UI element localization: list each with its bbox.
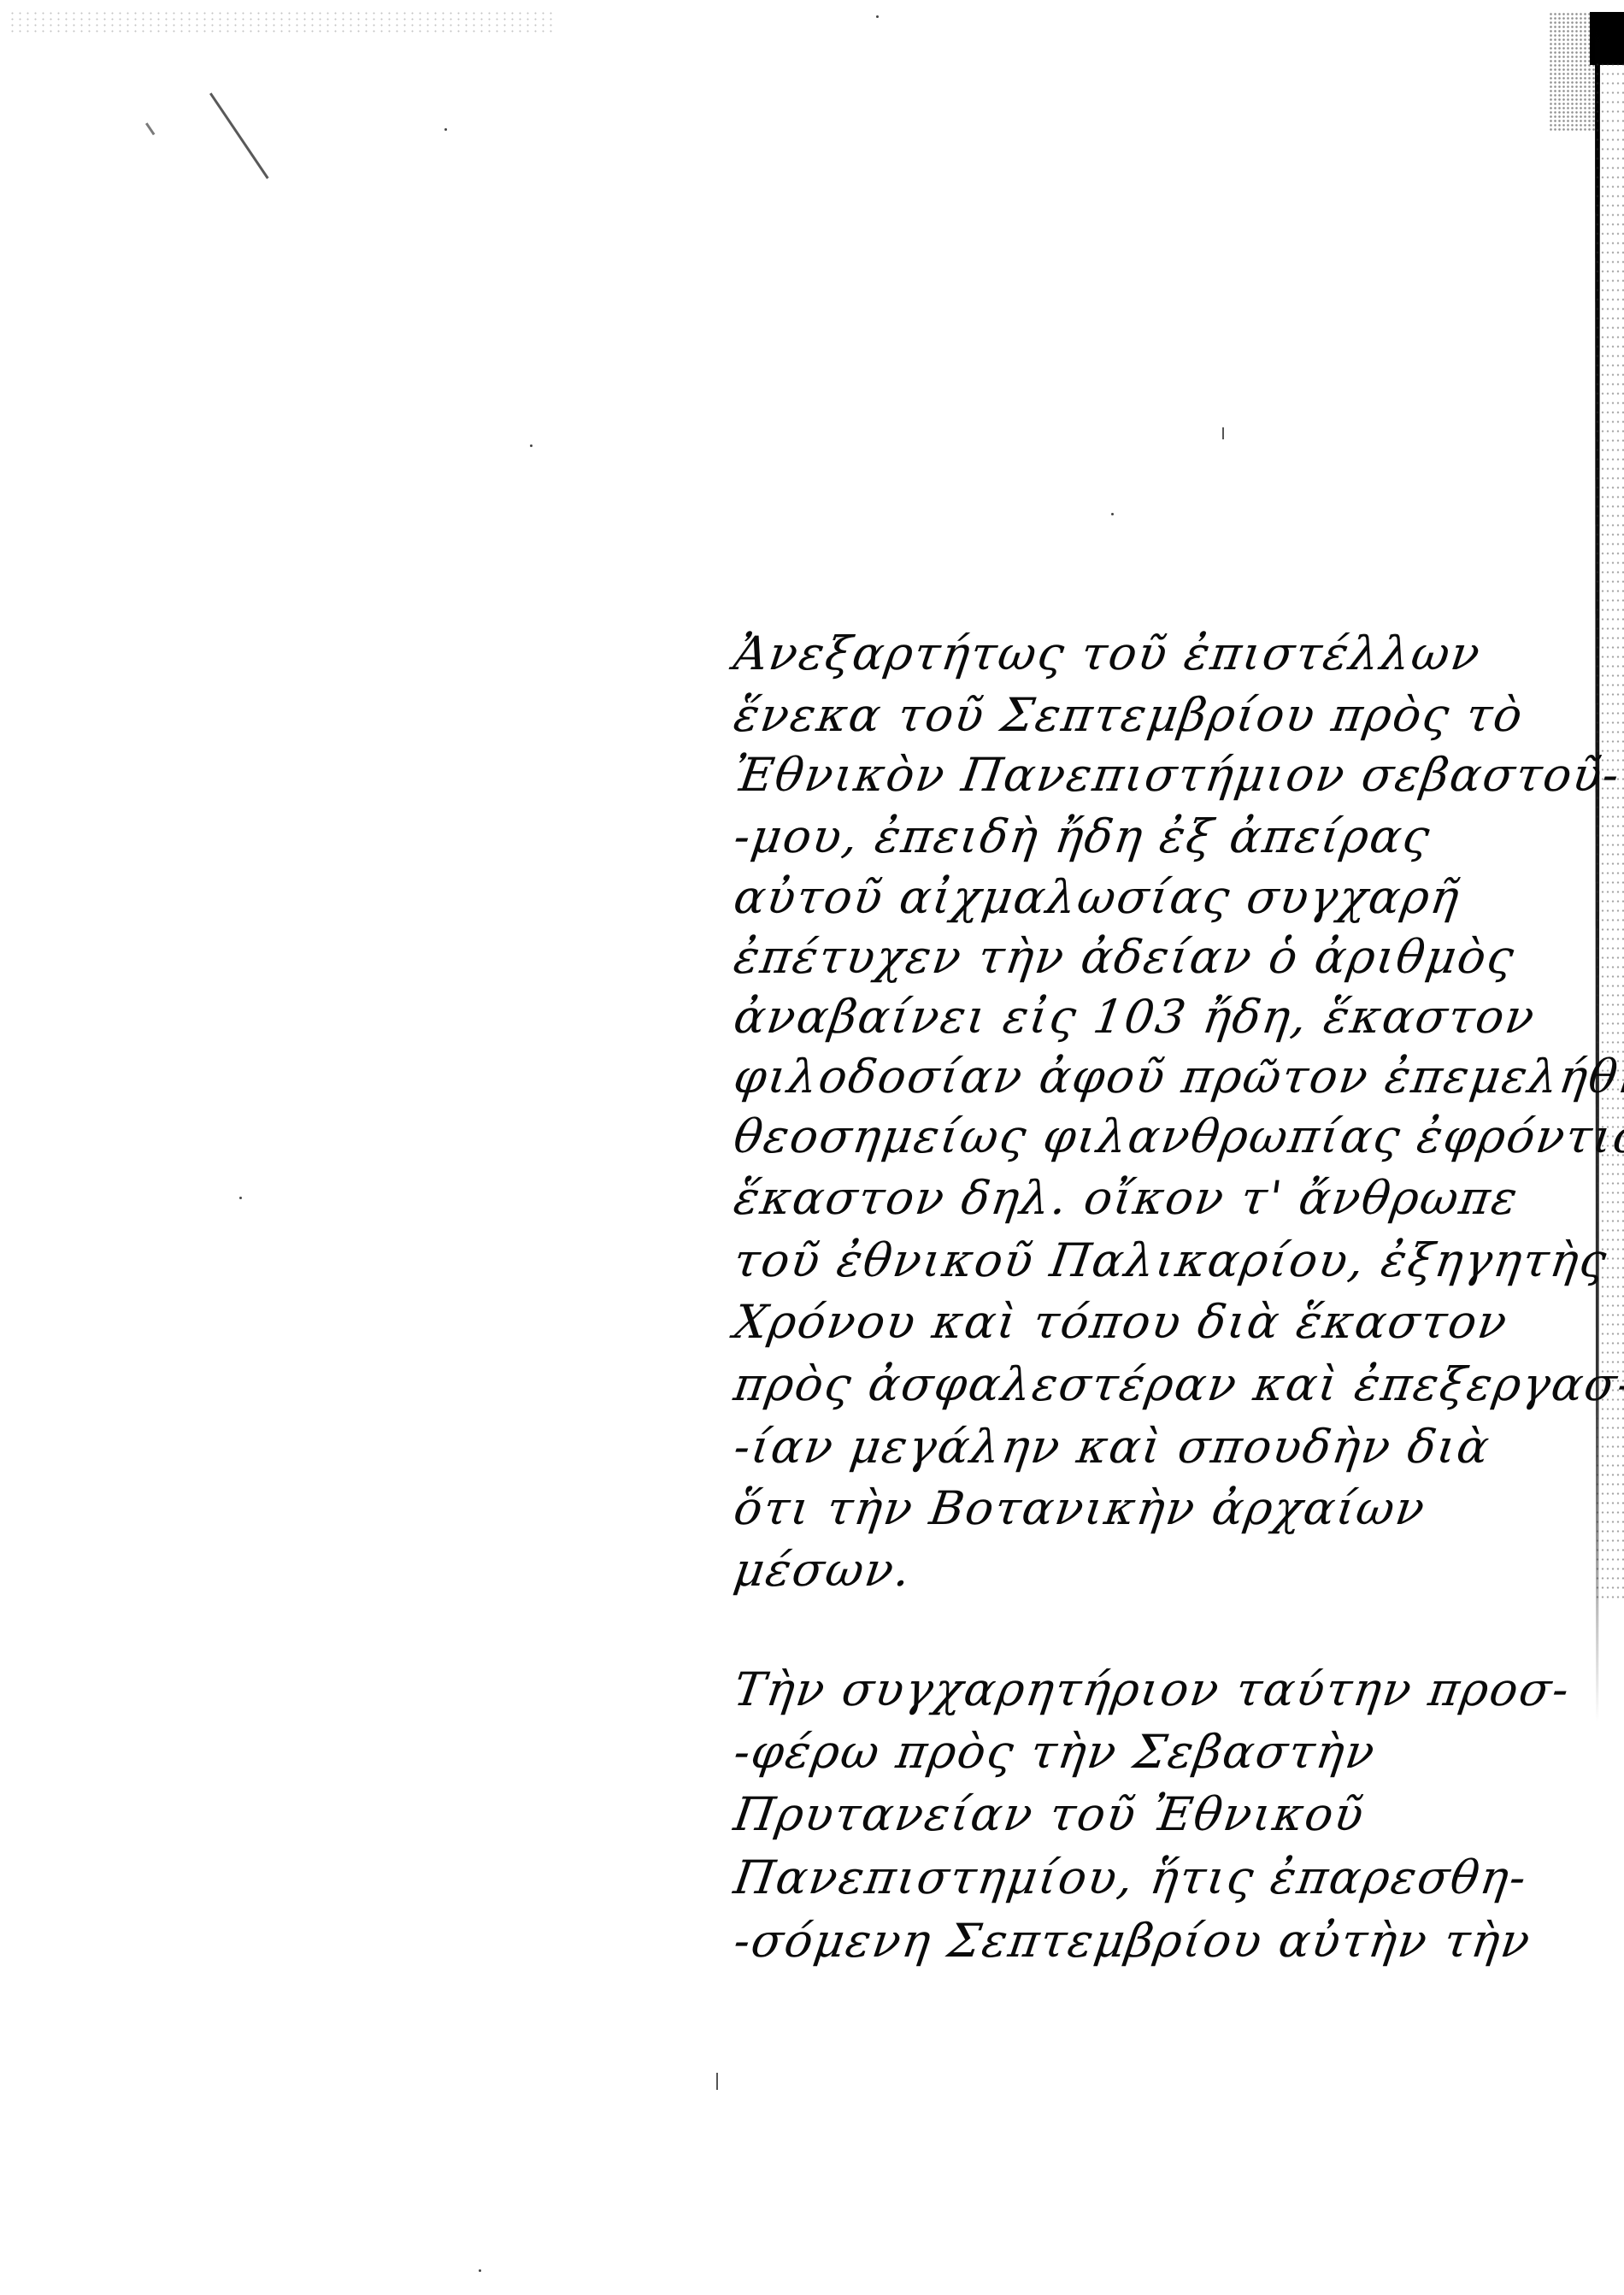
manuscript-line: -ίαν μεγάλην καὶ σπουδὴν διὰ — [731, 1421, 1494, 1473]
manuscript-line: τοῦ ἐθνικοῦ Παλικαρίου, ἐξηγητὴς τοῦ — [731, 1235, 1624, 1286]
margin-mark — [716, 2073, 718, 2090]
dust-speck — [530, 444, 533, 447]
pencil-mark — [1222, 427, 1224, 439]
manuscript-line: πρὸς ἀσφαλεστέραν καὶ ἐπεξεργασ- — [731, 1359, 1624, 1410]
scanned-page: Ἀνεξαρτήτως τοῦ ἐπιστέλλων ἕνεκα τοῦ Σεπ… — [0, 0, 1624, 2295]
manuscript-line: ἐπέτυχεν τὴν ἀδείαν ὁ ἀριθμὸς — [731, 932, 1518, 983]
dust-speck — [876, 15, 879, 18]
dust-speck — [1111, 513, 1114, 515]
manuscript-line: ἕκαστον δηλ. οἴκον τ' ἄνθρωπε — [731, 1173, 1521, 1224]
manuscript-line: -σόμενη Σεπτεμβρίου αὐτὴν τὴν — [731, 1915, 1534, 1967]
manuscript-line: ἀναβαίνει εἰς 103 ἤδη, ἕκαστον — [731, 992, 1539, 1043]
manuscript-line: ὅτι τὴν Βοτανικὴν ἀρχαίων — [731, 1483, 1429, 1534]
manuscript-line: Ἐθνικὸν Πανεπιστήμιον σεβαστοῦ- — [731, 750, 1624, 801]
manuscript-line: -μου, ἐπειδὴ ἤδη ἐξ ἀπείρας — [731, 811, 1434, 862]
manuscript-line: Πρυτανείαν τοῦ Ἐθνικοῦ — [731, 1789, 1368, 1840]
manuscript-line: μέσων. — [731, 1545, 915, 1596]
manuscript-line: ἕνεκα τοῦ Σεπτεμβρίου πρὸς τὸ — [731, 690, 1527, 741]
manuscript-line: φιλοδοσίαν ἀφοῦ πρῶτον ἐπεμελήθη — [731, 1051, 1624, 1103]
manuscript-line: αὐτοῦ αἰχμαλωσίας συγχαρῆ — [731, 872, 1463, 923]
dust-speck — [479, 2269, 481, 2272]
manuscript-line: Τὴν συγχαρητήριον ταύτην προσ- — [731, 1664, 1574, 1715]
manuscript-line: Πανεπιστημίου, ἥτις ἐπαρεσθη- — [731, 1852, 1531, 1904]
dust-speck — [239, 1197, 242, 1199]
manuscript-line: -φέρω πρὸς τὴν Σεβαστὴν — [731, 1727, 1380, 1778]
scanner-noise-top — [9, 10, 556, 36]
dust-speck — [444, 128, 447, 131]
binding-edge-corner — [1590, 12, 1624, 65]
manuscript-line: Ἀνεξαρτήτως τοῦ ἐπιστέλλων — [731, 628, 1485, 680]
manuscript-line: Χρόνου καὶ τόπου διὰ ἕκαστον — [731, 1297, 1511, 1348]
manuscript-line: θεοσημείως φιλανθρωπίας ἐφρόντισεν — [731, 1111, 1624, 1162]
scratch-mark — [209, 92, 269, 179]
scratch-mark-small — [145, 122, 155, 135]
